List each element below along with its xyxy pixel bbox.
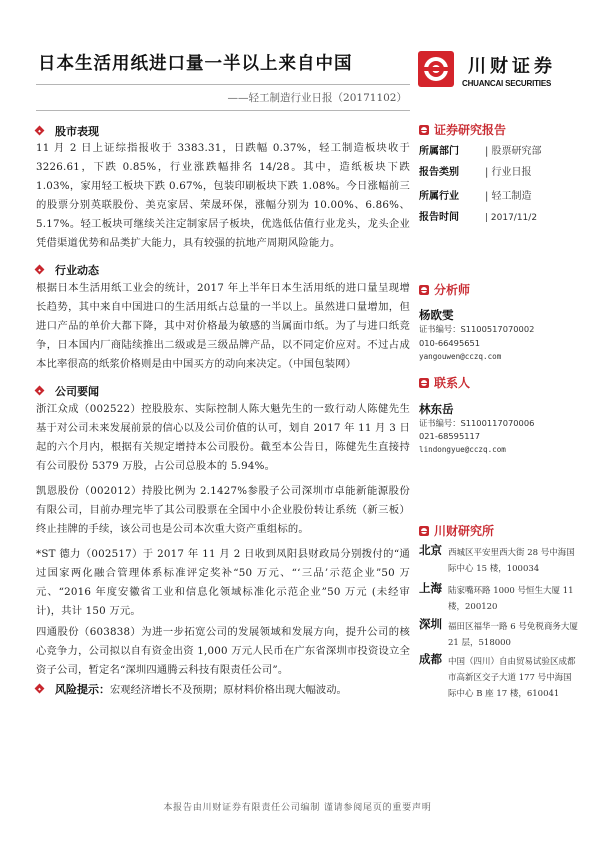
office-address: 中国（四川）自由贸易试验区成都市高新区交子大道 177 号中海国际中心 B 座 …	[448, 654, 578, 702]
contact-phone: 021-68595117	[419, 431, 480, 441]
paragraph: 11 月 2 日上证综指报收于 3383.31，日跌幅 0.37%，轻工制造板块…	[36, 139, 410, 253]
analyst-phone: 010-66495651	[419, 338, 480, 348]
kv-value: | 轻工制造	[485, 191, 532, 202]
kv-key: 所属部门	[419, 142, 485, 157]
sidebar-heading-text: 川财研究所	[434, 524, 494, 538]
paragraph: *ST 德力（002517）于 2017 年 11 月 2 日收到凤阳县财政局分…	[36, 545, 410, 621]
contact-cert: 证书编号：S1100117070006	[419, 417, 534, 429]
analyst-cert: 证书编号：S1100517070002	[419, 323, 534, 335]
office-address: 西城区平安里西大街 28 号中海国际中心 15 楼，100034	[448, 545, 578, 577]
contact-email[interactable]: lindongyue@cczq.com	[419, 445, 506, 454]
kv-value: | 2017/11/2	[485, 213, 537, 223]
section-heading-text: 股市表现	[55, 125, 99, 138]
risk-notice: 风险提示：宏观经济增长不及预期；原材料价格出现大幅波动。	[36, 681, 416, 697]
sidebar-heading-institute: 川财研究所	[419, 522, 494, 539]
report-date: 报告时间| 2017/11/2	[419, 208, 537, 223]
sidebar-heading-report: 证券研究报告	[419, 121, 506, 138]
section-heading-company: 公司要闻	[36, 383, 99, 399]
paragraph: 凯恩股份（002012）持股比例为 2.1427%参股子公司深圳市卓能新能源股份…	[36, 482, 410, 539]
diamond-bullet-icon	[35, 386, 45, 396]
report-subtitle: ——轻工制造行业日报（20171102）	[228, 90, 407, 105]
header-divider	[36, 110, 410, 111]
section-heading-market: 股市表现	[36, 123, 99, 139]
page-footer: 本报告由川财证券有限责任公司编制 谨请参阅尾页的重要声明	[0, 800, 595, 813]
report-department: 所属部门| 股票研究部	[419, 142, 542, 157]
sidebar-heading-text: 联系人	[434, 376, 470, 390]
office-city: 北京	[419, 542, 442, 558]
paragraph: 四通股份（603838）为进一步拓宽公司的发展领域和发展方向，提升公司的核心竞争…	[36, 623, 410, 680]
report-industry: 所属行业| 轻工制造	[419, 187, 532, 202]
chuancai-mini-logo-icon	[419, 285, 429, 295]
kv-key: 报告时间	[419, 208, 485, 223]
kv-value: | 股票研究部	[485, 146, 542, 157]
chuancai-mini-logo-icon	[419, 378, 429, 388]
diamond-bullet-icon	[35, 126, 45, 136]
sidebar-heading-text: 证券研究报告	[434, 123, 506, 137]
kv-key: 报告类别	[419, 163, 485, 178]
page-title: 日本生活用纸进口量一半以上来自中国	[38, 50, 353, 75]
chuancai-logo-icon	[418, 51, 454, 87]
section-heading-text: 公司要闻	[55, 385, 99, 398]
section-heading-industry: 行业动态	[36, 262, 99, 278]
brand-name-en: CHUANCAI SECURITIES	[462, 79, 551, 88]
analyst-name: 杨欧雯	[419, 307, 454, 323]
diamond-bullet-icon	[35, 265, 45, 275]
office-city: 成都	[419, 651, 442, 667]
analyst-email[interactable]: yangouwen@cczq.com	[419, 352, 501, 361]
chuancai-mini-logo-icon	[419, 125, 429, 135]
office-city: 深圳	[419, 616, 442, 632]
diamond-bullet-icon	[35, 684, 45, 694]
office-address: 福田区福华一路 6 号免税商务大厦 21 层，518000	[448, 619, 578, 651]
paragraph: 根据日本生活用纸工业会的统计，2017 年上半年日本生活用纸的进口量呈现增长趋势…	[36, 279, 410, 374]
section-heading-text: 行业动态	[55, 264, 99, 277]
sidebar-heading-analyst: 分析师	[419, 281, 470, 298]
kv-key: 所属行业	[419, 187, 485, 202]
kv-value: | 行业日报	[485, 167, 532, 178]
risk-label: 风险提示：	[55, 683, 110, 696]
report-category: 报告类别| 行业日报	[419, 163, 532, 178]
brand-name-cn: 川财证券	[468, 52, 556, 78]
paragraph: 浙江众成（002522）控股股东、实际控制人陈大魁先生的一致行动人陈健先生基于对…	[36, 400, 410, 476]
office-address: 陆家嘴环路 1000 号恒生大厦 11 楼，200120	[448, 583, 578, 615]
sidebar-heading-text: 分析师	[434, 283, 470, 297]
sidebar-heading-contact: 联系人	[419, 374, 470, 391]
header-divider	[36, 84, 410, 85]
contact-name: 林东岳	[419, 401, 454, 417]
chuancai-mini-logo-icon	[419, 526, 429, 536]
risk-text: 宏观经济增长不及预期；原材料价格出现大幅波动。	[110, 684, 347, 696]
office-city: 上海	[419, 580, 442, 596]
